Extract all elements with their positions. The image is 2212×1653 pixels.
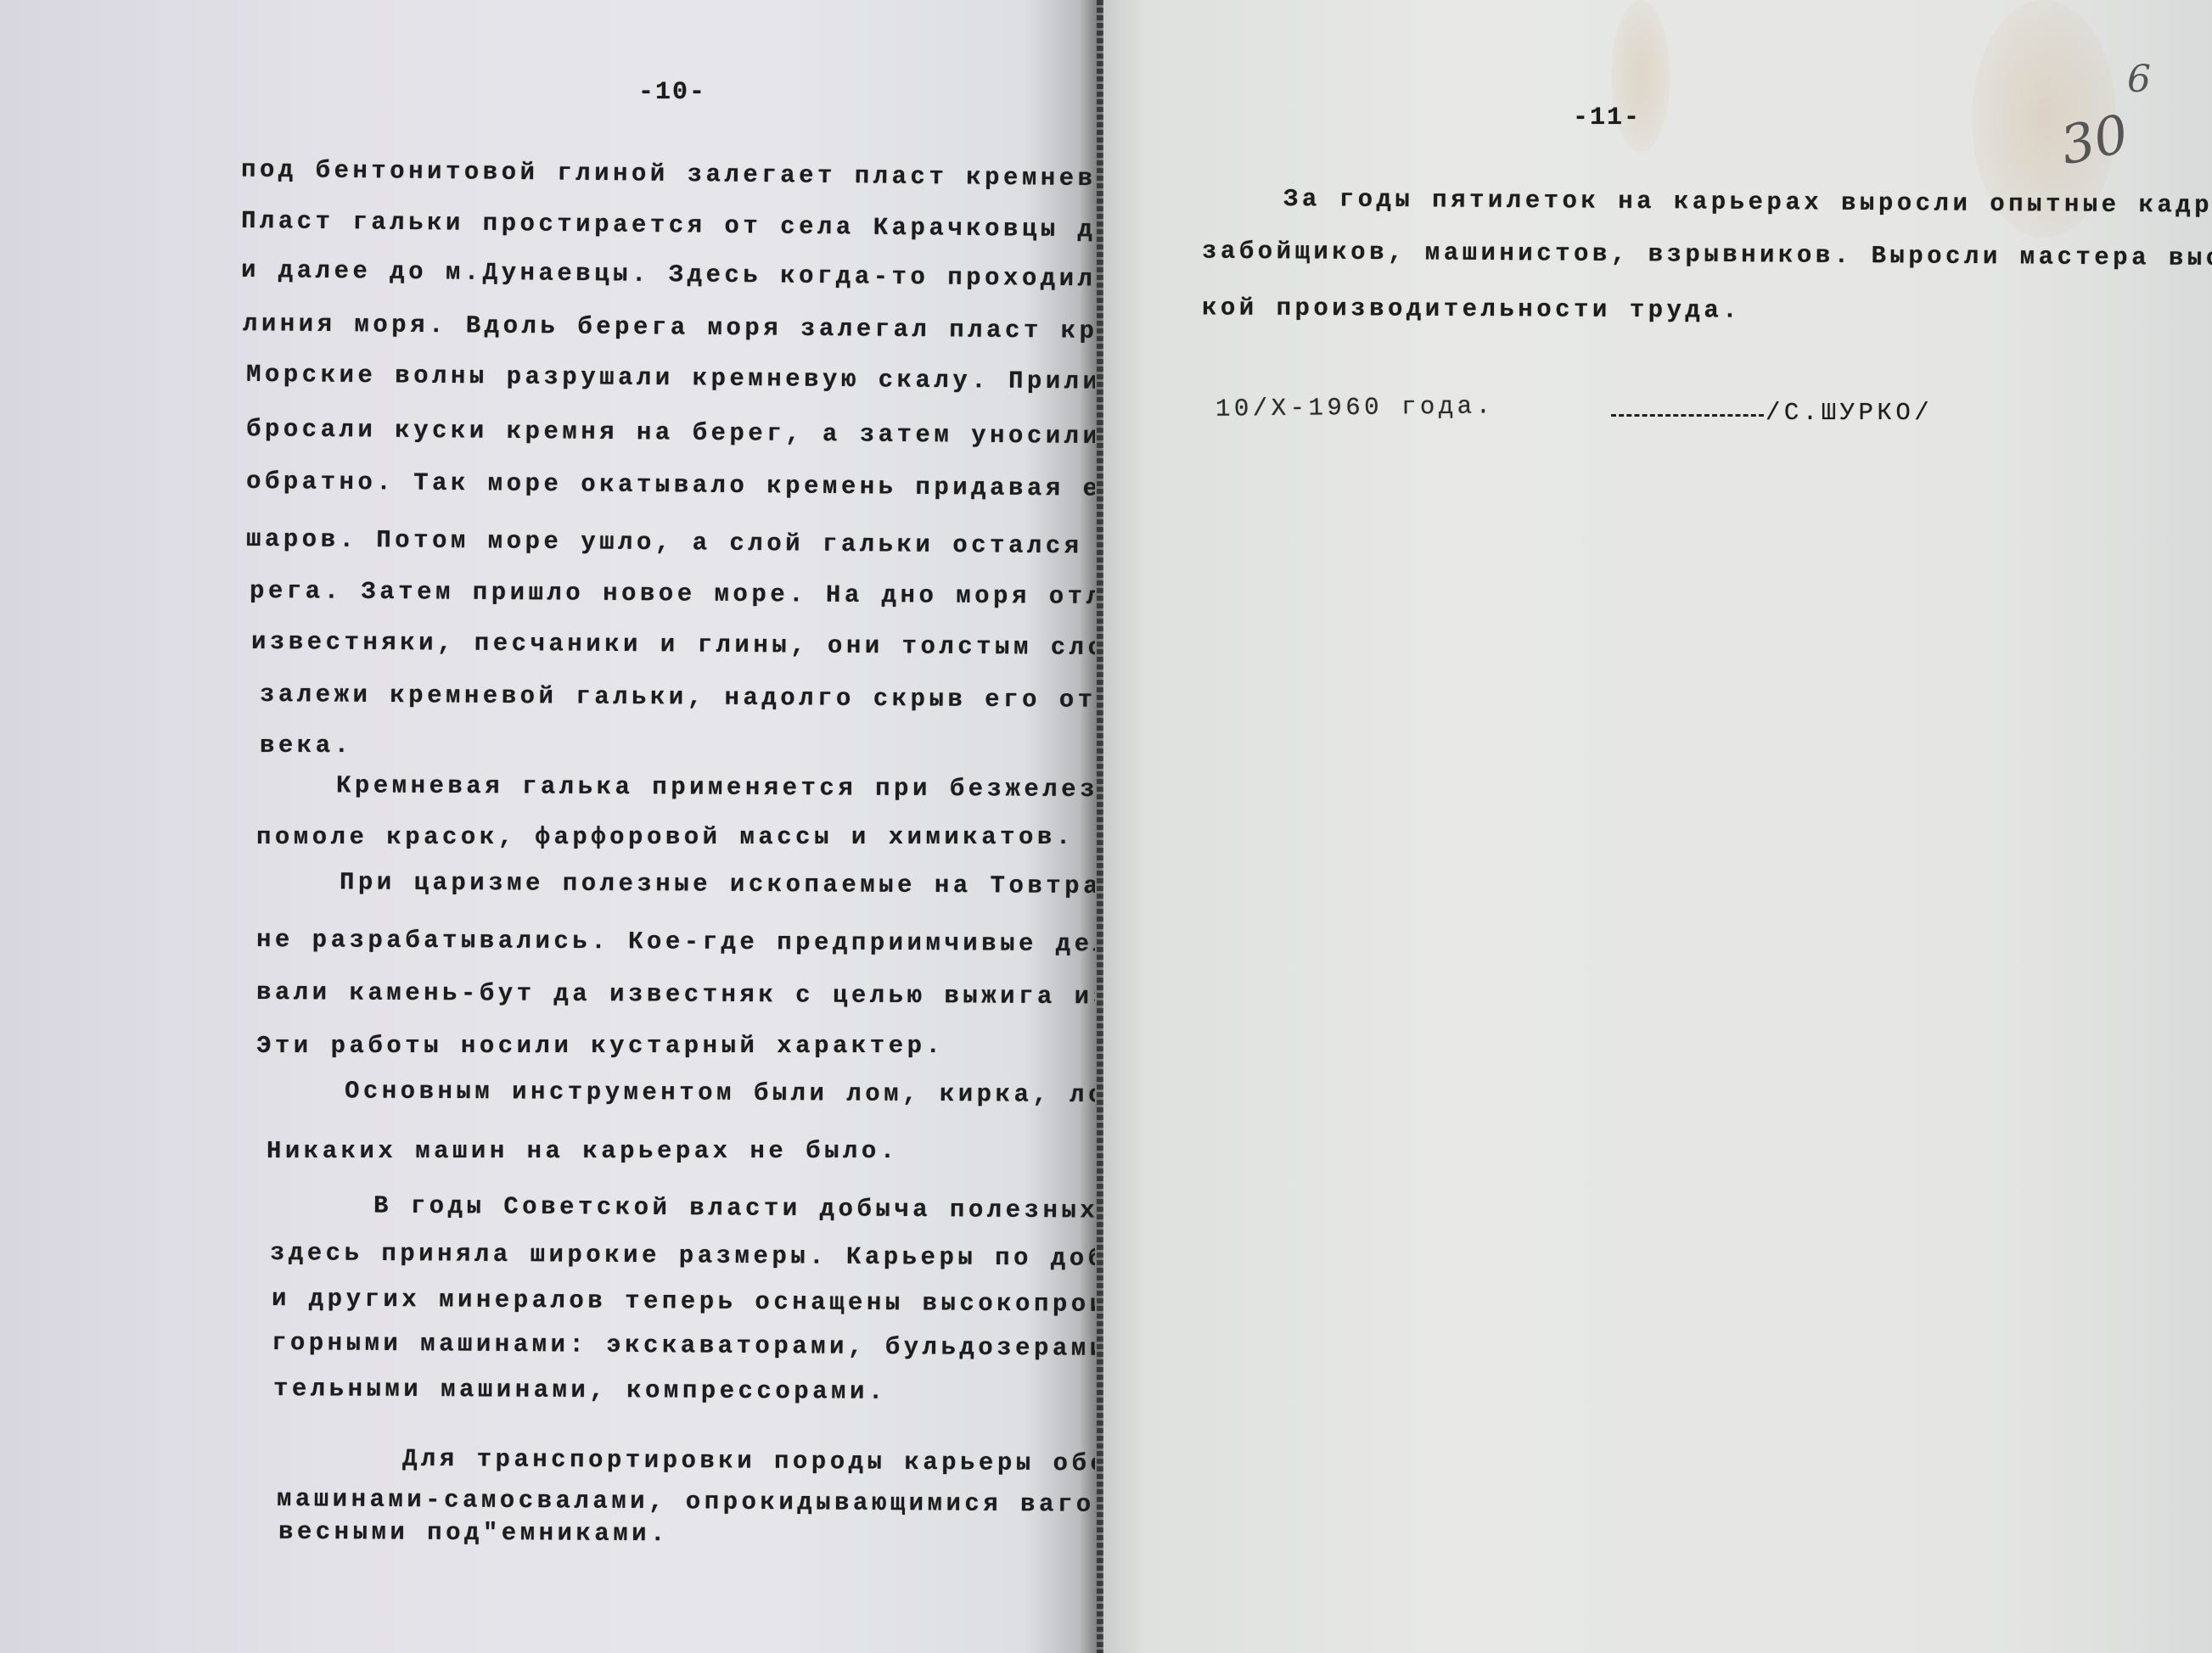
book-spread: -10- под бентонитовой глиной залегает пл… bbox=[0, 0, 2212, 1653]
left-page-text-area: -10- под бентонитовой глиной залегает пл… bbox=[0, 0, 1095, 1653]
text-line: бросали куски кремня на берег, а затем у… bbox=[246, 415, 1095, 451]
document-date: 10/X-1960 года. bbox=[1215, 392, 1495, 423]
text-line: линия моря. Вдоль берега моря залегал пл… bbox=[243, 310, 1095, 346]
text-line: Основным инструментом были лом, кирка, л… bbox=[345, 1077, 1095, 1109]
text-line: вали камень-бут да известняк с целью выж… bbox=[256, 978, 1095, 1011]
page-number-left: -10- bbox=[638, 78, 706, 107]
text-line: тельными машинами, компрессорами. bbox=[273, 1375, 887, 1406]
handwritten-mark: 6 bbox=[2127, 58, 2151, 101]
signature-block: /С.ШУРКО/ bbox=[1611, 399, 1933, 427]
text-line: горными машинами: экскаваторами, бульдоз… bbox=[272, 1329, 1095, 1364]
handwritten-folio-number: 30 bbox=[2055, 103, 2133, 177]
text-line: не разрабатывались. Кое-где предприимчив… bbox=[256, 926, 1095, 959]
text-line: Пласт гальки простирается от села Карачк… bbox=[241, 207, 1095, 245]
text-line: Кремневая галька применяется при безжеле… bbox=[336, 771, 1095, 804]
text-line: машинами-самосвалами, опрокидывающимися … bbox=[277, 1485, 1095, 1520]
signature-line bbox=[1611, 414, 1764, 417]
text-line: Морские волны разрушали кремневую скалу.… bbox=[246, 361, 1095, 397]
text-line: века. bbox=[260, 731, 353, 759]
left-page: -10- под бентонитовой глиной залегает пл… bbox=[0, 0, 1102, 1653]
binding-gutter bbox=[1097, 0, 1103, 1653]
text-line: шаров. Потом море ушло, а слой гальки ос… bbox=[246, 525, 1095, 562]
text-line: обратно. Так море окатывало кремень прид… bbox=[246, 468, 1095, 504]
text-line: За годы пятилеток на карьерах выросли оп… bbox=[1283, 185, 2212, 220]
text-line: забойщиков, машинистов, взрывников. Выро… bbox=[1202, 238, 2212, 273]
text-line: и других минералов теперь оснащены высок… bbox=[272, 1285, 1095, 1320]
text-line: весными под"емниками. bbox=[278, 1518, 669, 1548]
text-line: рега. Затем пришло новое море. На дно мо… bbox=[250, 577, 1095, 612]
text-line: Для транспортировки породы карьеры обесп… bbox=[402, 1445, 1095, 1479]
text-line: здесь приняла широкие размеры. Карьеры п… bbox=[270, 1239, 1095, 1274]
text-line: В годы Советской власти добыча полезных … bbox=[373, 1192, 1095, 1226]
text-line: помоле красок, фарфоровой массы и химика… bbox=[256, 823, 1075, 851]
text-line: известняки, песчаники и глины, они толст… bbox=[251, 628, 1095, 663]
text-line: кой производительности труда. bbox=[1202, 294, 1741, 324]
text-line: Никаких машин на карьерах не было. bbox=[267, 1137, 899, 1165]
text-line: под бентонитовой глиной залегает пласт к… bbox=[241, 156, 1095, 195]
right-page: -11- 30 6 За годы пятилеток на карьерах … bbox=[1102, 0, 2212, 1653]
signature-name: /С.ШУРКО/ bbox=[1766, 399, 1933, 427]
text-line: залежи кремневой гальки, надолго скрыв е… bbox=[260, 681, 1095, 715]
page-number-right: -11- bbox=[1573, 104, 1641, 132]
text-line: При царизме полезные ископаемые на Товтр… bbox=[340, 868, 1095, 900]
text-line: и далее до м.Дунаевцы. Здесь когда-то пр… bbox=[241, 256, 1095, 294]
text-line: Эти работы носили кустарный характер. bbox=[256, 1032, 944, 1060]
